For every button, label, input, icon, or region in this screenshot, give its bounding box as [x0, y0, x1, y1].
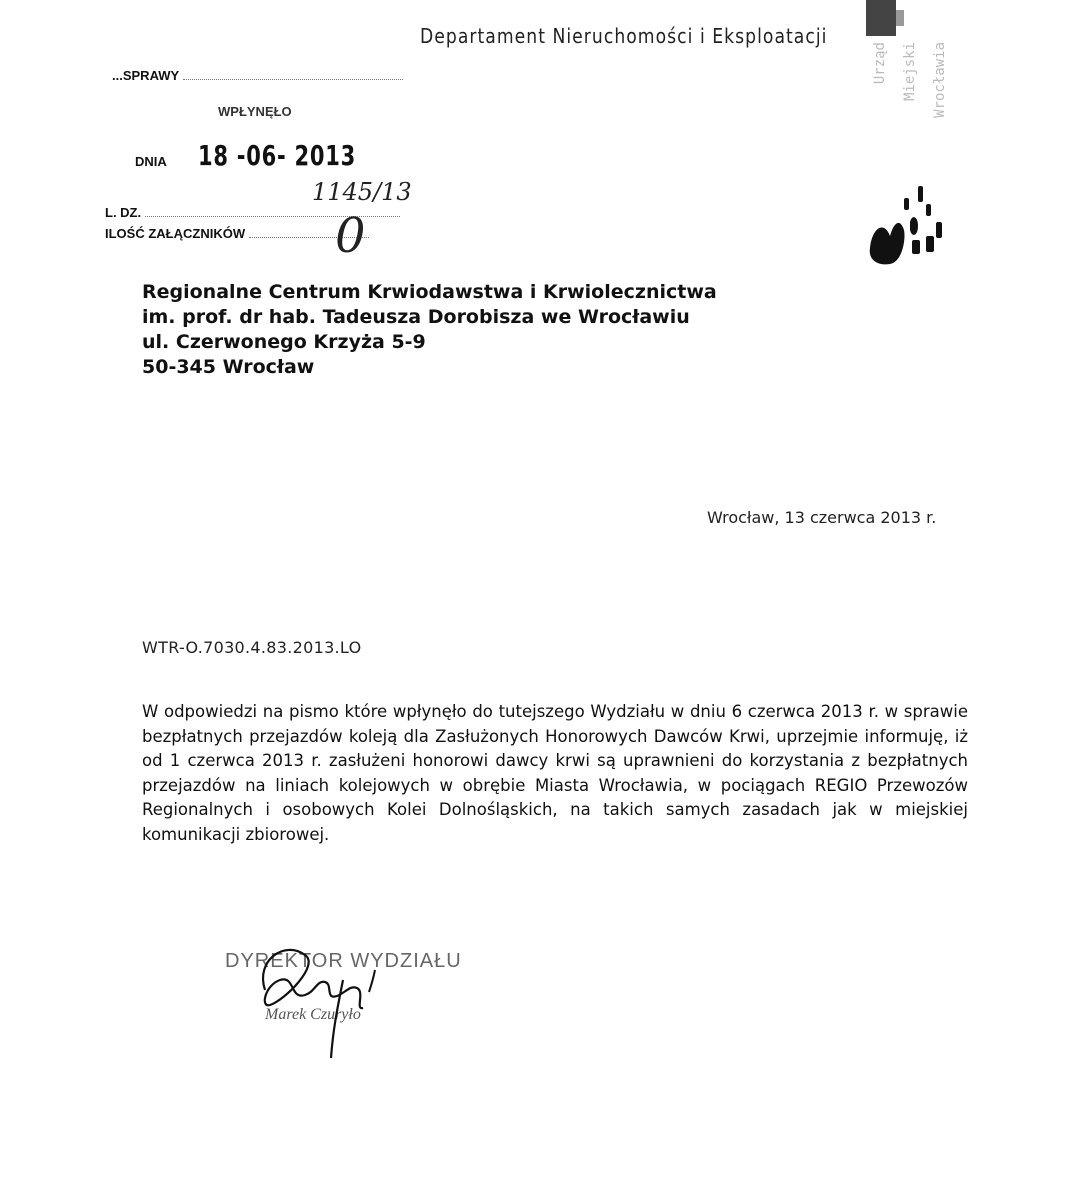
dotted-line — [183, 69, 403, 80]
recipient-line: ul. Czerwonego Krzyża 5-9 — [142, 330, 717, 355]
vertical-stamp-text: Wrocławia — [932, 42, 948, 118]
department-header: Departament Nieruchomości i Eksploatacji — [420, 24, 827, 48]
stamp-attachments-label: ILOŚĆ ZAŁĄCZNIKÓW — [105, 226, 245, 241]
letter-body: W odpowiedzi na pismo które wpłynęło do … — [142, 700, 968, 847]
stamp-case-label: ...SPRAWY — [112, 68, 179, 83]
vertical-stamp-text: Urząd — [872, 42, 888, 84]
attachments-count-handwritten: 0 — [335, 208, 366, 264]
recipient-line: 50-345 Wrocław — [142, 355, 717, 380]
vertical-stamp-text: Miejski — [902, 42, 918, 101]
recipient-line: im. prof. dr hab. Tadeusza Dorobisza we … — [142, 305, 717, 330]
stamp-date: 18 -06- 2013 — [198, 139, 356, 172]
city-logo-icon — [866, 0, 896, 36]
blood-drop-logo-icon — [860, 178, 960, 278]
office-vertical-stamp: Urząd Miejski Wrocławia — [866, 42, 966, 162]
recipient-address: Regionalne Centrum Krwiodawstwa i Krwiol… — [142, 280, 717, 380]
stamp-attachments-row: ILOŚĆ ZAŁĄCZNIKÓW — [105, 226, 369, 241]
recipient-line: Regionalne Centrum Krwiodawstwa i Krwiol… — [142, 280, 717, 305]
stamp-day-label: DNIA — [135, 154, 167, 169]
stamp-case-row: ...SPRAWY — [112, 68, 403, 83]
stamp-received-label: WPŁYNĘŁO — [218, 104, 292, 119]
stamp-journal-label: L. DZ. — [105, 205, 141, 220]
handwritten-signature-icon — [245, 930, 455, 1060]
letter-paragraph: W odpowiedzi na pismo które wpłynęło do … — [142, 700, 968, 847]
place-and-date: Wrocław, 13 czerwca 2013 r. — [707, 508, 936, 527]
reference-number: WTR-O.7030.4.83.2013.LO — [142, 638, 361, 657]
journal-number-handwritten: 1145/13 — [312, 178, 412, 206]
